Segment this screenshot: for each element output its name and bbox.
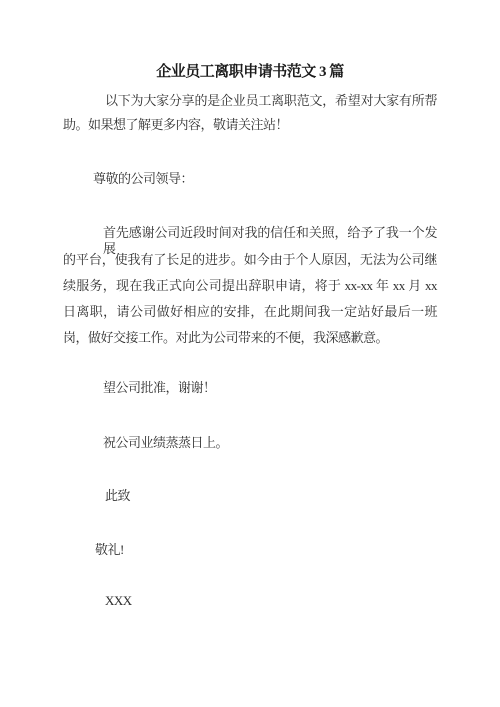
signature-line: XXX bbox=[63, 593, 437, 609]
salute-jingli-line: 敬礼! bbox=[63, 542, 437, 558]
intro-paragraph-line-1: 以下为大家分享的是企业员工离职范文，希望对大家有所帮 bbox=[63, 93, 437, 109]
approval-request-line: 望公司批准，谢谢！ bbox=[63, 380, 437, 396]
body-paragraph-line-4: 日离职，请公司做好相应的安排，在此期间我一定站好最后一班 bbox=[63, 304, 437, 320]
closing-cizhi-line: 此致 bbox=[63, 488, 437, 504]
body-paragraph-line-5: 岗，做好交接工作。对此为公司带来的不便，我深感歉意。 bbox=[63, 330, 437, 346]
well-wish-line: 祝公司业绩蒸蒸日上。 bbox=[63, 435, 437, 451]
document-title: 企业员工离职申请书范文 3 篇 bbox=[63, 62, 437, 82]
body-paragraph-line-2: 的平台，使我有了长足的进步。如今由于个人原因，无法为公司继 bbox=[63, 252, 437, 268]
document-page: 企业员工离职申请书范文 3 篇 以下为大家分享的是企业员工离职范文，希望对大家有… bbox=[0, 0, 500, 707]
body-paragraph-line-3: 续服务，现在我正式向公司提出辞职申请，将于 xx-xx 年 xx 月 xx bbox=[63, 278, 437, 294]
intro-paragraph-line-2: 助。如果想了解更多内容，敬请关注站！ bbox=[63, 117, 437, 133]
salutation-line: 尊敬的公司领导： bbox=[63, 171, 437, 187]
